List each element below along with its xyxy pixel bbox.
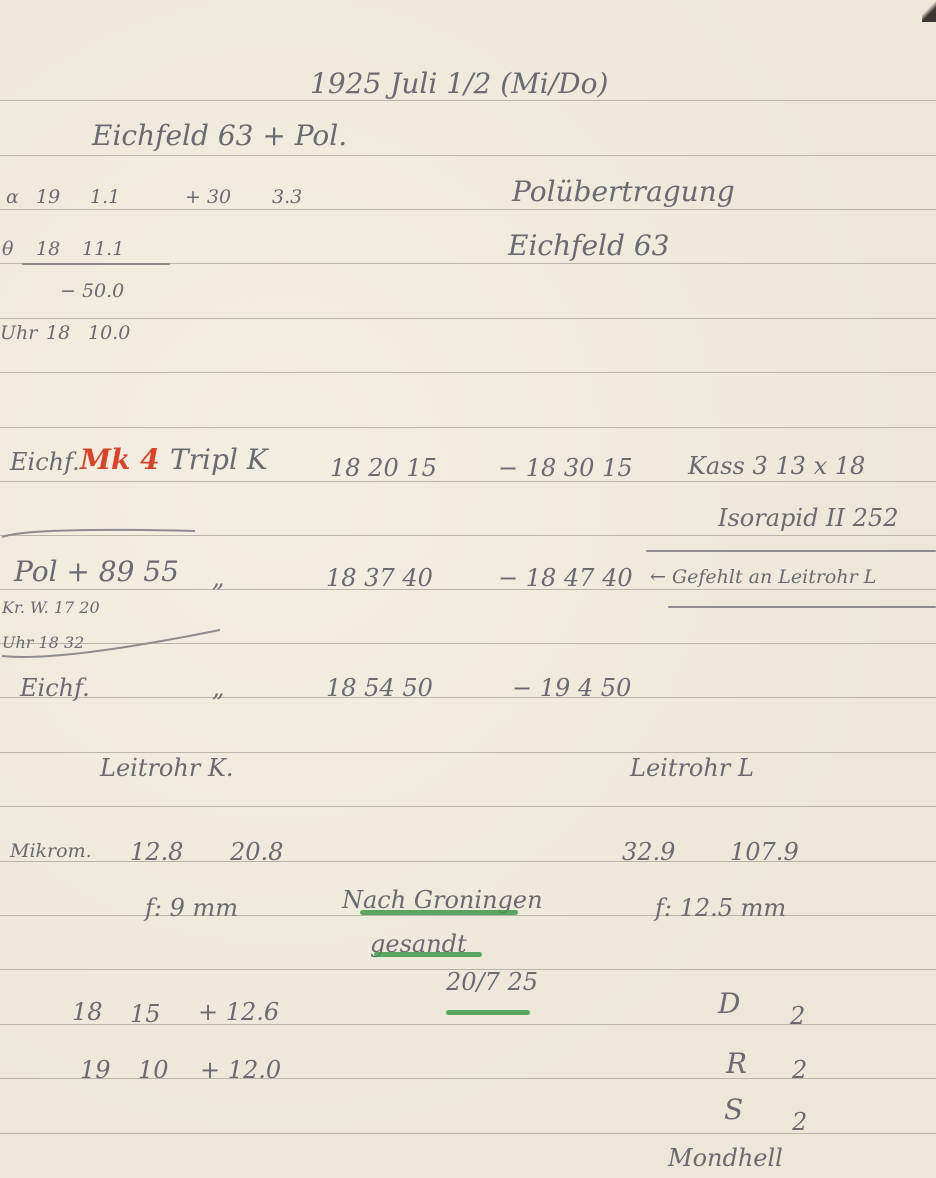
clock-hour: 18 bbox=[72, 1000, 103, 1024]
clock-hour: 19 bbox=[80, 1058, 111, 1082]
red-mark: Mk 4 bbox=[80, 446, 160, 474]
exposure-label: Pol + 89 55 bbox=[14, 558, 179, 586]
rule-line bbox=[0, 589, 936, 590]
calc-min: − 50.0 bbox=[60, 282, 124, 301]
mikrom-value: 12.8 bbox=[130, 840, 183, 864]
end-time: − 18 47 40 bbox=[498, 566, 633, 590]
failure-note: ← Gefehlt an Leitrohr L bbox=[650, 568, 876, 587]
green-underline bbox=[446, 1010, 530, 1015]
sub-note-kw: Kr. W. 17 20 bbox=[2, 600, 100, 616]
calc-label: α bbox=[6, 188, 19, 207]
start-time: 18 54 50 bbox=[326, 676, 433, 700]
calc-min: 11.1 bbox=[82, 240, 124, 259]
condition-value: 2 bbox=[790, 1004, 805, 1028]
condition-value: 2 bbox=[792, 1110, 807, 1134]
start-time: 18 37 40 bbox=[326, 566, 433, 590]
leitrohr-k-title: Leitrohr K. bbox=[100, 756, 234, 780]
condition-key: D bbox=[718, 990, 740, 1018]
rule-line bbox=[0, 697, 936, 698]
notebook-page: 1925 Juli 1/2 (Mi/Do) Eichfeld 63 + Pol.… bbox=[0, 0, 936, 1178]
mikrom-value: 107.9 bbox=[730, 840, 799, 864]
calc-extra: + 30 bbox=[185, 188, 231, 207]
calc-min: 10.0 bbox=[88, 324, 130, 343]
mikrom-label: Mikrom. bbox=[10, 842, 92, 861]
rule-line bbox=[0, 372, 936, 373]
start-time: 18 20 15 bbox=[330, 456, 437, 480]
header-date: 1925 Juli 1/2 (Mi/Do) bbox=[310, 70, 608, 98]
calc-label: θ bbox=[2, 240, 13, 259]
clock-min: 10 bbox=[138, 1058, 169, 1082]
sent-line-1: Nach Groningen bbox=[342, 888, 543, 912]
instrument: Tripl K bbox=[170, 446, 268, 474]
green-underline bbox=[374, 952, 482, 957]
rule-line bbox=[0, 209, 936, 210]
sum-line bbox=[22, 263, 170, 265]
note-eichfeld: Eichfeld 63 bbox=[508, 232, 669, 260]
focal-length: f: 12.5 mm bbox=[655, 896, 786, 920]
green-underline bbox=[360, 910, 518, 915]
footer-note: Mondhell bbox=[668, 1146, 783, 1170]
end-time: − 18 30 15 bbox=[498, 456, 633, 480]
condition-key: S bbox=[724, 1096, 743, 1124]
condition-value: 2 bbox=[792, 1058, 807, 1082]
calc-min: 1.1 bbox=[90, 188, 120, 207]
rule-line bbox=[0, 100, 936, 101]
rule-line bbox=[0, 481, 936, 482]
condition-key: R bbox=[726, 1050, 747, 1078]
note-underline bbox=[668, 606, 936, 608]
end-time: − 19 4 50 bbox=[512, 676, 631, 700]
leitrohr-l-title: Leitrohr L bbox=[630, 756, 754, 780]
mikrom-value: 32.9 bbox=[622, 840, 675, 864]
rule-line bbox=[0, 806, 936, 807]
clock-corr: + 12.0 bbox=[200, 1058, 281, 1082]
rule-line bbox=[0, 318, 936, 319]
rule-line bbox=[0, 752, 936, 753]
exposure-label: Eichf. bbox=[10, 450, 80, 474]
calc-hour: 18 bbox=[46, 324, 70, 343]
focal-length: f: 9 mm bbox=[145, 896, 238, 920]
sent-date: 20/7 25 bbox=[446, 970, 538, 994]
rule-line bbox=[0, 427, 936, 428]
calc-label: Uhr bbox=[0, 324, 37, 343]
cassette-note: Kass 3 13 x 18 bbox=[688, 454, 865, 478]
ditto-mark: „ bbox=[212, 676, 224, 700]
header-subject: Eichfeld 63 + Pol. bbox=[92, 122, 347, 150]
note-polubertragung: Polübertragung bbox=[512, 178, 735, 206]
clock-corr: + 12.6 bbox=[198, 1000, 279, 1024]
separator-curve bbox=[0, 626, 230, 662]
note-overline bbox=[646, 550, 936, 552]
calc-hour: 19 bbox=[36, 188, 60, 207]
calc-extra: 3.3 bbox=[272, 188, 302, 207]
mikrom-value: 20.8 bbox=[230, 840, 283, 864]
ditto-mark: „ bbox=[212, 566, 224, 590]
page-corner bbox=[922, 0, 936, 22]
exposure-label: Eichf. bbox=[20, 676, 90, 700]
separator-curve bbox=[0, 525, 200, 539]
rule-line bbox=[0, 915, 936, 916]
calc-hour: 18 bbox=[36, 240, 60, 259]
clock-min: 15 bbox=[130, 1002, 161, 1026]
plate-note: Isorapid II 252 bbox=[718, 506, 898, 530]
rule-line bbox=[0, 155, 936, 156]
